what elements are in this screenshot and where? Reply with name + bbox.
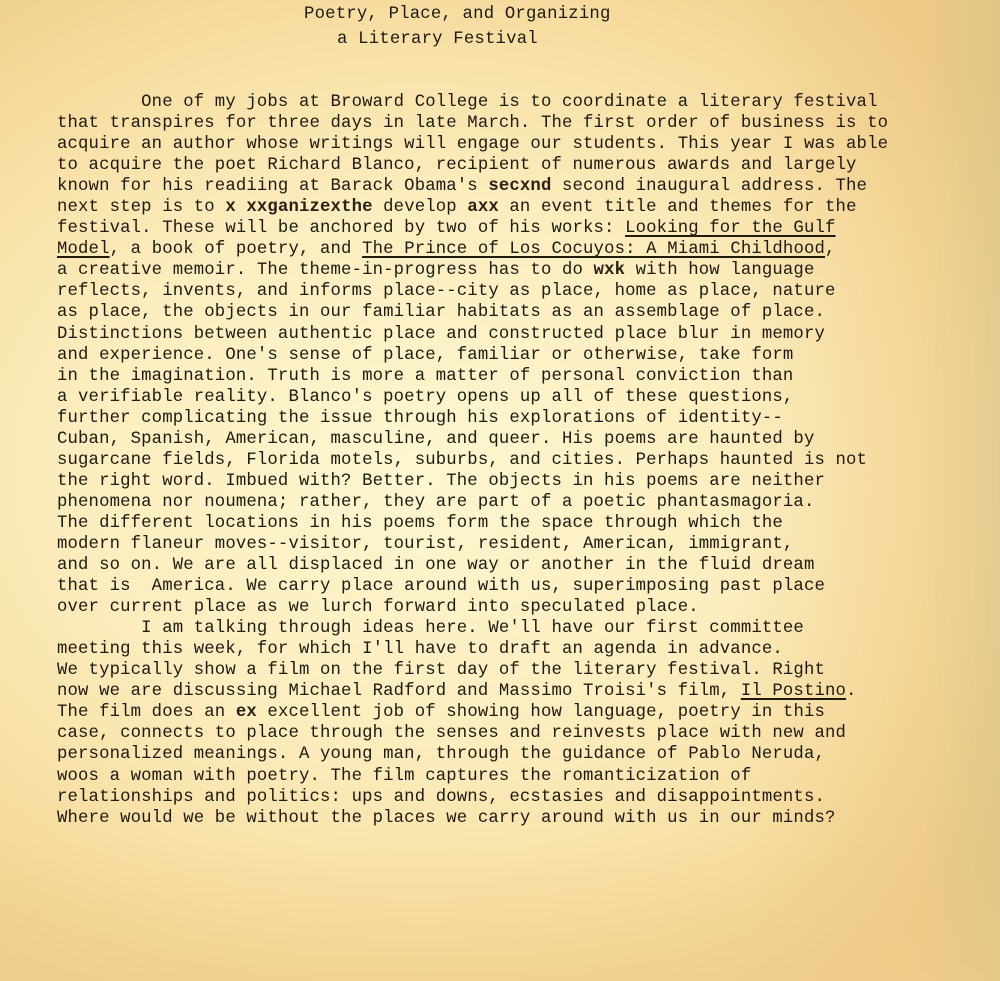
text-line: personalized meanings. A young man, thro…	[57, 744, 957, 765]
text-segment: develop	[373, 198, 468, 217]
document-title-line-2: a Literary Festival	[337, 29, 1000, 50]
typewritten-body: One of my jobs at Broward College is to …	[57, 92, 957, 829]
text-line: The film does an ex excellent job of sho…	[57, 702, 957, 723]
text-segment: an event title and themes for the	[499, 198, 857, 217]
text-line: woos a woman with poetry. The film captu…	[57, 766, 957, 787]
text-segment: personalized meanings. A young man, thro…	[57, 745, 825, 764]
text-segment: excellent job of showing how language, p…	[257, 703, 825, 722]
text-segment: One of my jobs at Broward College is to …	[57, 93, 878, 112]
underlined-title: Looking for the Gulf	[625, 219, 835, 238]
text-segment: with how language	[625, 261, 814, 280]
text-line: Distinctions between authentic place and…	[57, 324, 957, 345]
text-segment	[236, 198, 247, 217]
text-line: that is America. We carry place around w…	[57, 576, 957, 597]
text-segment: a creative memoir. The theme-in-progress…	[57, 261, 594, 280]
text-line: I am talking through ideas here. We'll h…	[57, 618, 957, 639]
text-segment: I am talking through ideas here. We'll h…	[57, 619, 804, 638]
paper-shading-bottom	[0, 841, 1000, 981]
text-line: acquire an author whose writings will en…	[57, 134, 957, 155]
text-line: known for his readiing at Barack Obama's…	[57, 176, 957, 197]
underlined-title: Model	[57, 240, 110, 259]
text-line: reflects, invents, and informs place--ci…	[57, 281, 957, 302]
text-line: that transpires for three days in late M…	[57, 113, 957, 134]
text-line: modern flaneur moves--visitor, tourist, …	[57, 534, 957, 555]
text-segment: to acquire the poet Richard Blanco, reci…	[57, 156, 857, 175]
paragraph-2: I am talking through ideas here. We'll h…	[57, 618, 957, 828]
text-segment: modern flaneur moves--visitor, tourist, …	[57, 535, 793, 554]
text-segment: known for his readiing at Barack Obama's	[57, 177, 488, 196]
text-segment: acquire an author whose writings will en…	[57, 135, 888, 154]
typed-over-text: ex	[236, 703, 257, 722]
text-segment: ,	[825, 240, 836, 259]
text-line: phenomena nor noumena; rather, they are …	[57, 492, 957, 513]
document-title-line-1: Poetry, Place, and Organizing	[304, 4, 1000, 25]
text-line: further complicating the issue through h…	[57, 408, 957, 429]
text-line: Where would we be without the places we …	[57, 808, 957, 829]
text-line: now we are discussing Michael Radford an…	[57, 681, 957, 702]
underlined-title: The Prince of Los Cocuyos: A Miami Child…	[362, 240, 825, 259]
text-segment: phenomena nor noumena; rather, they are …	[57, 493, 814, 512]
text-segment: in the imagination. Truth is more a matt…	[57, 367, 793, 386]
text-segment: sugarcane fields, Florida motels, suburb…	[57, 451, 867, 470]
text-line: to acquire the poet Richard Blanco, reci…	[57, 155, 957, 176]
text-segment: that transpires for three days in late M…	[57, 114, 888, 133]
text-line: meeting this week, for which I'll have t…	[57, 639, 957, 660]
text-segment: The film does an	[57, 703, 236, 722]
text-segment: and experience. One's sense of place, fa…	[57, 346, 793, 365]
text-line: as place, the objects in our familiar ha…	[57, 302, 957, 323]
text-line: next step is to x xxganizexthe develop a…	[57, 197, 957, 218]
typed-over-text: xxganizexthe	[246, 198, 372, 217]
underlined-title: Il Postino	[741, 682, 846, 701]
text-line: a verifiable reality. Blanco's poetry op…	[57, 387, 957, 408]
text-line: and so on. We are all displaced in one w…	[57, 555, 957, 576]
text-segment: , a book of poetry, and	[110, 240, 363, 259]
text-segment: Where would we be without the places we …	[57, 809, 836, 828]
text-line: case, connects to place through the sens…	[57, 723, 957, 744]
text-segment: second inaugural address. The	[551, 177, 867, 196]
text-segment: further complicating the issue through h…	[57, 409, 783, 428]
typed-over-text: wxk	[594, 261, 626, 280]
text-segment: Distinctions between authentic place and…	[57, 325, 825, 344]
typed-over-text: secxnd	[488, 177, 551, 196]
text-segment: Cuban, Spanish, American, masculine, and…	[57, 430, 814, 449]
typed-over-text: axx	[467, 198, 499, 217]
text-line: relationships and politics: ups and down…	[57, 787, 957, 808]
text-line: Cuban, Spanish, American, masculine, and…	[57, 429, 957, 450]
text-line: The different locations in his poems for…	[57, 513, 957, 534]
text-segment: relationships and politics: ups and down…	[57, 788, 825, 807]
text-segment: We typically show a film on the first da…	[57, 661, 825, 680]
text-segment: next step is to	[57, 198, 225, 217]
text-line: in the imagination. Truth is more a matt…	[57, 366, 957, 387]
text-segment: the right word. Imbued with? Better. The…	[57, 472, 825, 491]
text-line: and experience. One's sense of place, fa…	[57, 345, 957, 366]
text-segment: a verifiable reality. Blanco's poetry op…	[57, 388, 793, 407]
text-segment: case, connects to place through the sens…	[57, 724, 846, 743]
text-line: sugarcane fields, Florida motels, suburb…	[57, 450, 957, 471]
text-segment: and so on. We are all displaced in one w…	[57, 556, 814, 575]
text-segment: now we are discussing Michael Radford an…	[57, 682, 741, 701]
text-line: Model, a book of poetry, and The Prince …	[57, 239, 957, 260]
text-segment: that is America. We carry place around w…	[57, 577, 825, 596]
text-segment: reflects, invents, and informs place--ci…	[57, 282, 836, 301]
text-segment: festival. These will be anchored by two …	[57, 219, 625, 238]
text-segment: meeting this week, for which I'll have t…	[57, 640, 783, 659]
text-segment: over current place as we lurch forward i…	[57, 598, 699, 617]
text-line: a creative memoir. The theme-in-progress…	[57, 260, 957, 281]
text-line: We typically show a film on the first da…	[57, 660, 957, 681]
typed-over-text: x	[225, 198, 236, 217]
text-segment: .	[846, 682, 857, 701]
text-line: festival. These will be anchored by two …	[57, 218, 957, 239]
text-line: over current place as we lurch forward i…	[57, 597, 957, 618]
text-segment: woos a woman with poetry. The film captu…	[57, 767, 751, 786]
text-line: the right word. Imbued with? Better. The…	[57, 471, 957, 492]
paragraph-1: One of my jobs at Broward College is to …	[57, 92, 957, 618]
text-segment: The different locations in his poems for…	[57, 514, 783, 533]
text-line: One of my jobs at Broward College is to …	[57, 92, 957, 113]
text-segment: as place, the objects in our familiar ha…	[57, 303, 825, 322]
